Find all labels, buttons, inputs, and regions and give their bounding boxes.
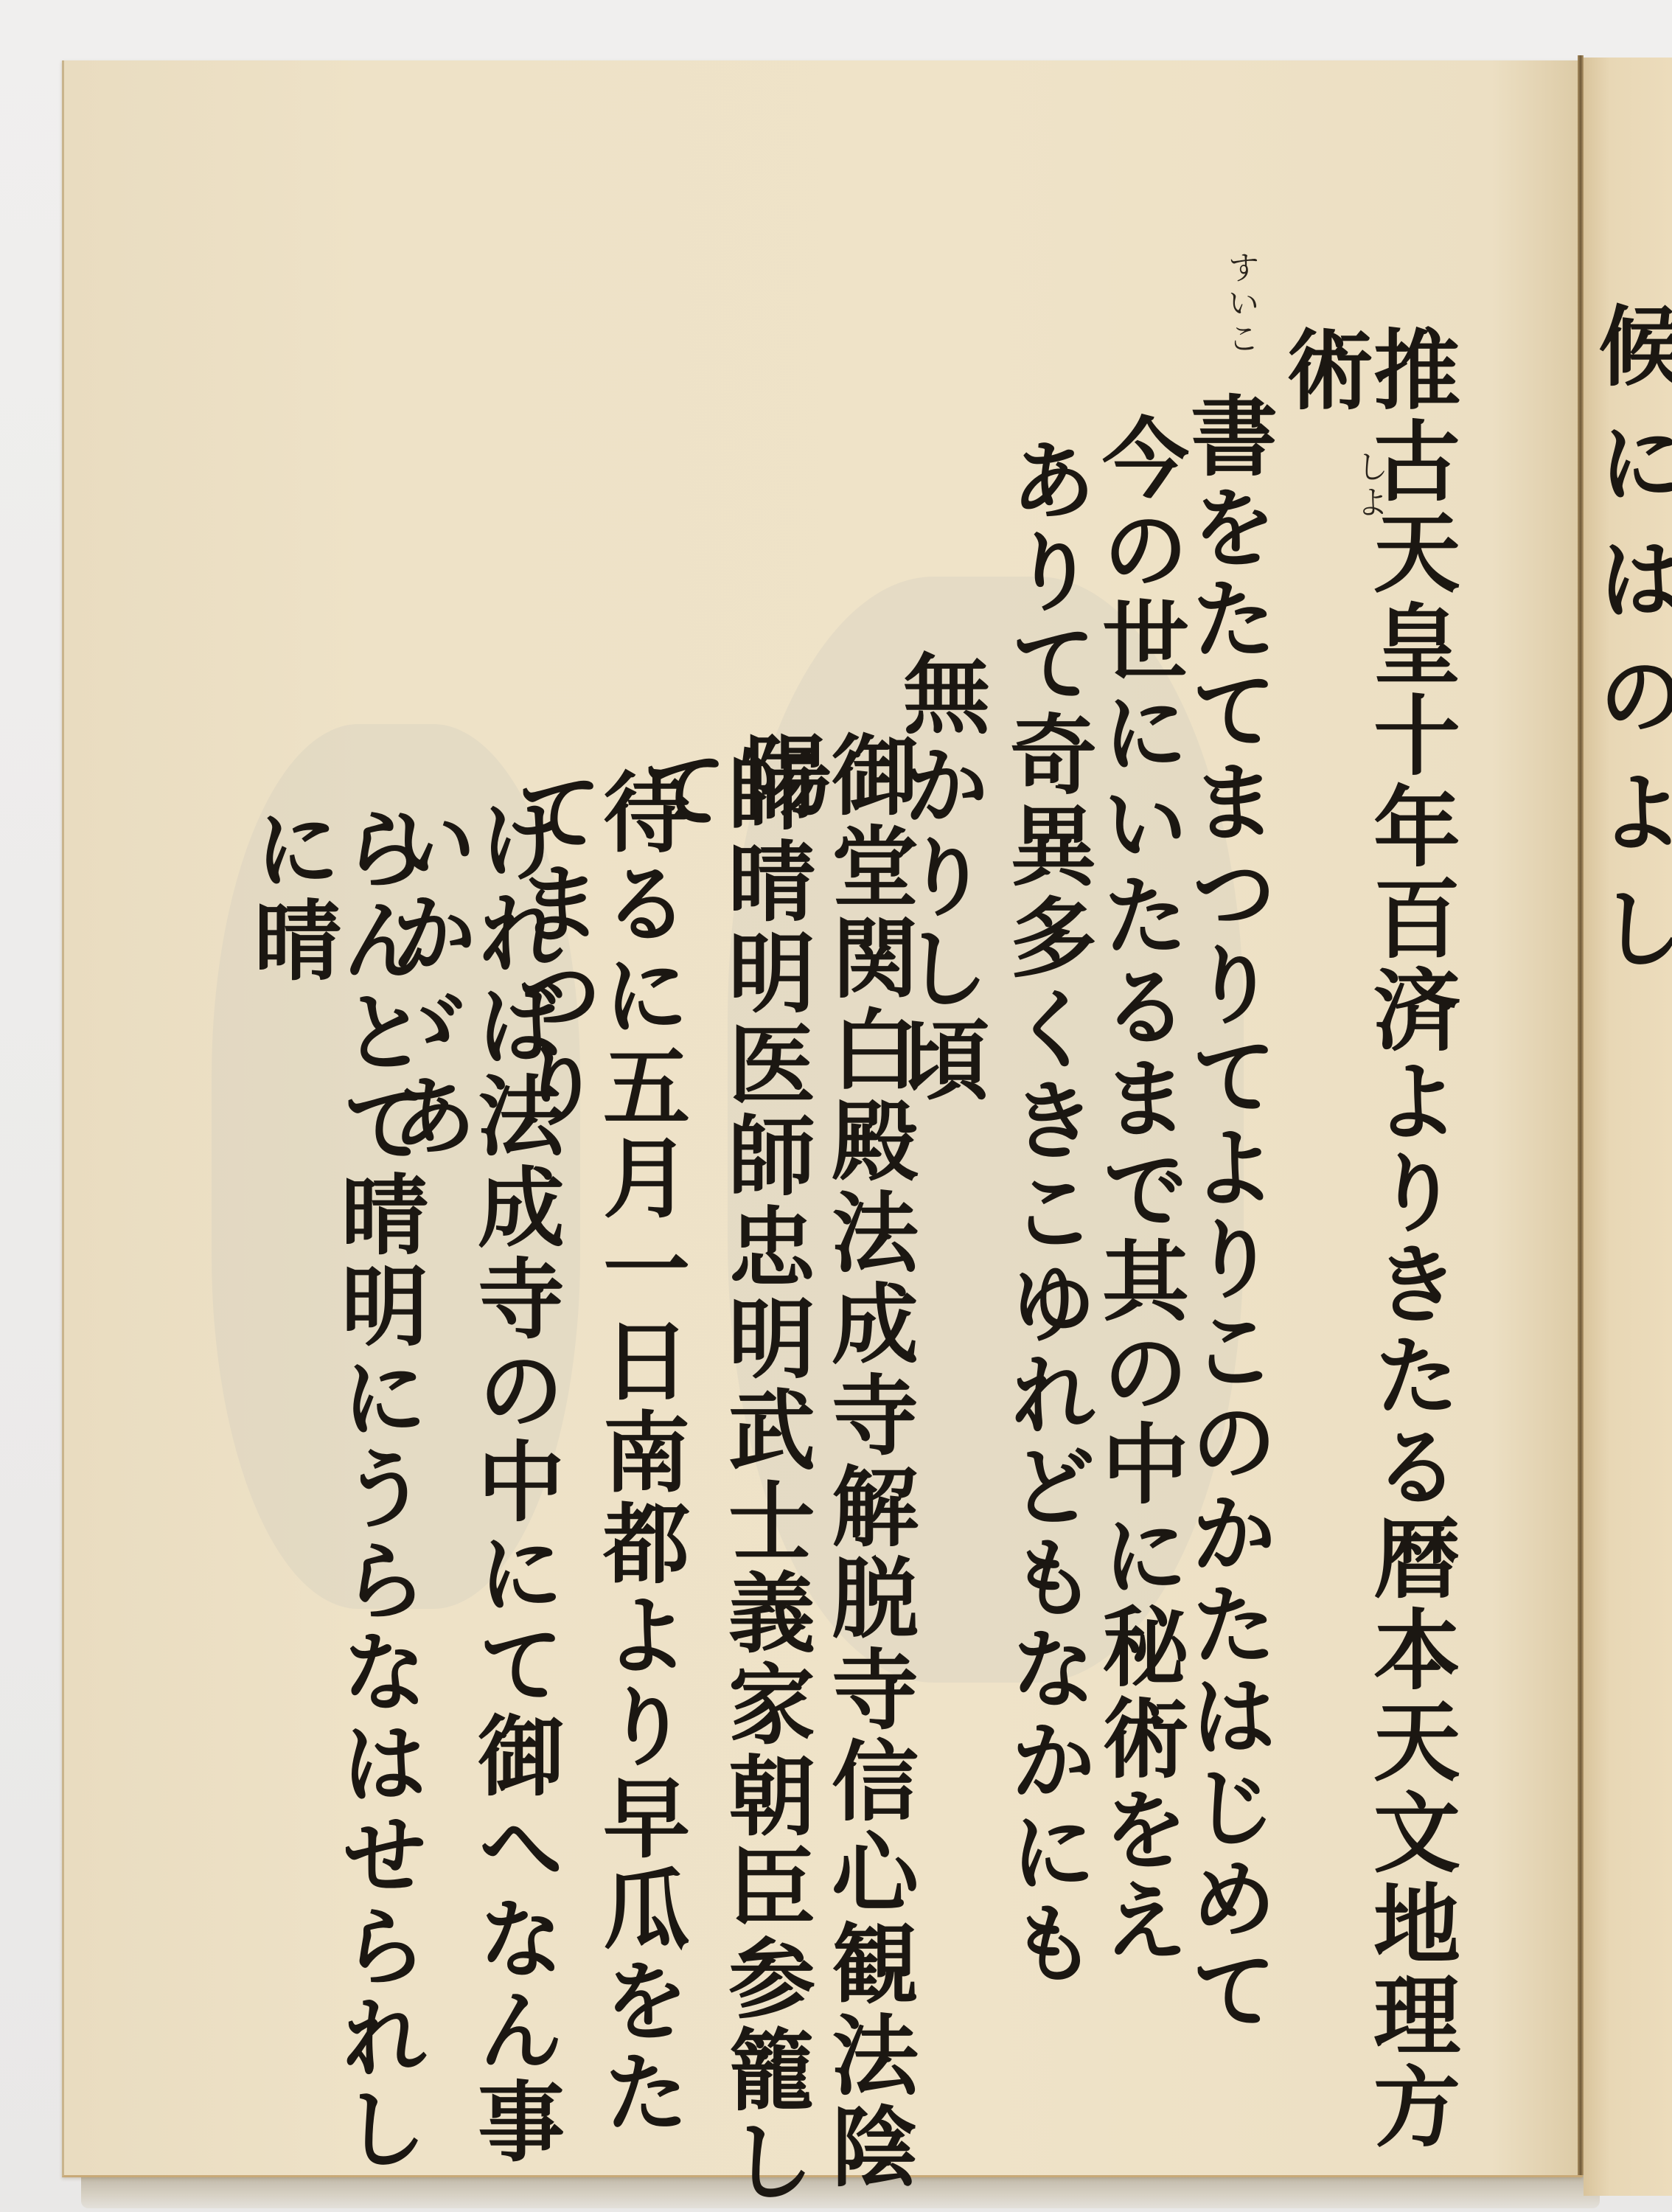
right-page: 候にはのよし bbox=[1584, 58, 1672, 2196]
text-column-4: ありて奇異多くきこゆれどもなかにも bbox=[1003, 435, 1090, 1989]
book-gutter bbox=[1578, 55, 1584, 2175]
ruby-2: しよ bbox=[1353, 450, 1385, 521]
right-page-text: 候にはのよし bbox=[1591, 301, 1672, 1000]
text-column-1: 推古天皇十年百済よりきたる暦本天文地理方術 bbox=[1279, 324, 1453, 2212]
text-column-10: らんとて晴明にうらなはせられしに晴 bbox=[247, 804, 421, 2212]
text-column-2: 書をたてまつりてよりこのかたはじめて bbox=[1183, 391, 1270, 2037]
ruby-1: すいこ bbox=[1224, 251, 1256, 357]
text-column-3: 今の世にいたるまで其の中に秘術をえ bbox=[1095, 413, 1182, 1967]
